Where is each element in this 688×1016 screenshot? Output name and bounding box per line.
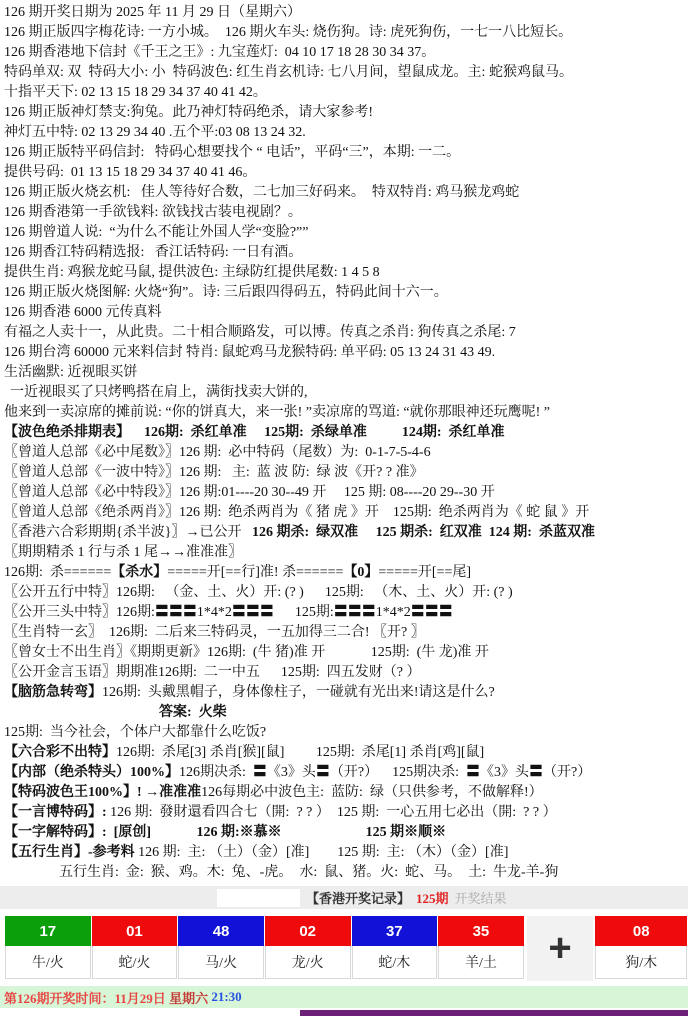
ball-zodiac: 羊/土 (438, 946, 524, 979)
text-line: 〖生肖特一玄〗 126期: 二后来三特码灵，一五加得三二合! 〖开? 〗 (4, 623, 688, 643)
ball-number: 35 (438, 916, 524, 946)
text-segment: 有福之人卖十一，从此贵。二十相合顺路发，可以博。传真之杀肖: 狗传真之杀尾: 7 (4, 325, 516, 340)
result-ball-cell: 17牛/火 (5, 916, 91, 981)
text-line: 126 期正版火烧图解: 火烧“狗”。诗: 三后跟四得码五，特码此间十六一。 (4, 283, 688, 303)
image-placeholder (217, 889, 300, 907)
text-segment: 【波色绝杀排期表】 126期: 杀红单准 125期: 杀绿单准 124期: 杀红… (4, 425, 505, 440)
text-line: 神灯五中特: 02 13 29 34 40 .五个平:03 08 13 24 3… (4, 123, 688, 143)
text-segment: 126 期正版神灯禁支:狗兔。此乃神灯特码绝杀，请大家参考! (4, 105, 373, 120)
text-segment: 〖曾道人总部《必中特段》〗126 期:01----20 30--49 开 125… (4, 485, 495, 500)
text-segment: 十指平天下: 02 13 15 18 29 34 37 40 41 42。 (4, 85, 267, 100)
text-line: 〖期期精杀 1 行与杀 1 尾→→准准准〗 (4, 543, 688, 563)
ball-number: 17 (5, 916, 91, 946)
text-segment: =====开[==行]准! 杀====== (167, 565, 343, 580)
text-segment: 〖公开金言玉语〗期期准126期: 二一中五 125期: 四五发财（? ） (4, 665, 421, 680)
ball-zodiac: 马/火 (178, 946, 264, 979)
text-segment: 126 期正版四字梅花诗: 一方小城。 126 期火车头: 烧伤狗。诗: 虎死狗… (4, 25, 572, 40)
text-line: 〖公开五行中特〗126期: （金、土、火）开: (? ) 125期: （木、土、… (4, 583, 688, 603)
text-segment: =====开[==尾] (378, 565, 471, 580)
text-segment: 〖期期精杀 1 行与杀 1 尾→→准准准〗 (4, 545, 242, 560)
text-line: 【内部（绝杀特头）100%】126期决杀: 〓《3》头〓（开?） 125期决杀:… (4, 763, 688, 783)
footer-segment: 星期六 (169, 988, 211, 1007)
text-line: 126 期台湾 60000 元来料信封 特肖: 鼠蛇鸡马龙猴特码: 单平码: 0… (4, 343, 688, 363)
text-line: 〖曾道人总部《必中特段》〗126 期:01----20 30--49 开 125… (4, 483, 688, 503)
text-segment: 126每期必中波色主: 蓝防: 绿（只供参考，不做解释!） (201, 785, 542, 800)
record-bar-suffix: 开奖结果 (455, 888, 507, 907)
text-line: 【六合彩不出特】126期: 杀尾[3] 杀肖[猴][鼠] 125期: 杀尾[1]… (4, 743, 688, 763)
text-segment: 126 期香港地下信封《千王之王》: 九宝莲灯: 04 10 17 18 28 … (4, 45, 435, 60)
text-line: 126 期正版火烧玄机: 佳人等待好合数，二七加三好码来。 特双特肖: 鸡马猴龙… (4, 183, 688, 203)
text-line: 生活幽默: 近视眼买饼 (4, 363, 688, 383)
result-ball-cell: 02龙/火 (265, 916, 351, 981)
text-line: 【一字解特码】: [原创] 126 期:※慕※ 125 期※顺※ (4, 823, 688, 843)
text-segment: 126 期正版特平码信封: 特码心想要找个 “ 电话”，平码“三”，本期: 一二… (4, 145, 460, 160)
text-line: 126 期正版特平码信封: 特码心想要找个 “ 电话”，平码“三”，本期: 一二… (4, 143, 688, 163)
ball-number: 48 (178, 916, 264, 946)
footer-segment: 第126期开奖时间： (4, 988, 115, 1007)
text-segment: 126期: 杀====== (4, 565, 111, 580)
text-segment: 答案: 火柴 (159, 705, 227, 720)
text-segment: 【脑筋急转弯】 (4, 685, 102, 700)
text-line: 126 期香江特码精选报: 香江话特码: 一日有酒。 (4, 243, 688, 263)
ball-zodiac: 蛇/木 (352, 946, 438, 979)
text-segment: 一近视眼买了只烤鸭搭在肩上，满街找卖大饼的, (10, 385, 308, 400)
text-segment: 126 期香港 6000 元传真料 (4, 305, 162, 320)
text-line: 五行生肖: 金: 猴、鸡。木: 兔、-虎。 水: 鼠、猪。火: 蛇、马。 土: … (4, 863, 688, 883)
text-segment: 【0】 (343, 565, 378, 580)
text-segment: 生活幽默: 近视眼买饼 (4, 365, 137, 380)
text-line: 一近视眼买了只烤鸭搭在肩上，满街找卖大饼的, (4, 383, 688, 403)
text-segment: 126 期正版火烧图解: 火烧“狗”。诗: 三后跟四得码五，特码此间十六一。 (4, 285, 448, 300)
text-line: 【脑筋急转弯】126期: 头戴黑帽子，身体像柱子，一碰就有光出来!请这是什么? (4, 683, 688, 703)
text-line: 〖公开金言玉语〗期期准126期: 二一中五 125期: 四五发财（? ） (4, 663, 688, 683)
draw-result-table: 17牛/火01蛇/火48马/火02龙/火37蛇/木35羊/土+08狗/木 (0, 916, 688, 981)
text-segment: 【五行生肖】-参考料 (4, 845, 138, 860)
text-line: 十指平天下: 02 13 15 18 29 34 37 40 41 42。 (4, 83, 688, 103)
text-segment: 提供号码: 01 13 15 18 29 34 37 40 41 46。 (4, 165, 256, 180)
text-segment: 〖香港六合彩期期{杀半波}〗→已公开 (4, 525, 252, 540)
text-line: 提供号码: 01 13 15 18 29 34 37 40 41 46。 (4, 163, 688, 183)
text-segment: 【内部（绝杀特头）100%】 (4, 765, 179, 780)
text-segment: 126期决杀: 〓《3》头〓（开?） 125期决杀: 〓《3》头〓（开?） (179, 765, 591, 780)
text-segment: 神灯五中特: 02 13 29 34 40 .五个平:03 08 13 24 3… (4, 125, 306, 140)
ball-zodiac: 狗/木 (595, 946, 687, 979)
footer-segment: 11月29日 (115, 988, 170, 1007)
text-line: 【波色绝杀排期表】 126期: 杀红单准 125期: 杀绿单准 124期: 杀红… (4, 423, 688, 443)
text-line: 【特码波色王100%】! →准准准126每期必中波色主: 蓝防: 绿（只供参考，… (4, 783, 688, 803)
text-segment: 126 期香港第一手欲钱料: 欲钱找古装电视剧？。 (4, 205, 302, 220)
result-ball-cell: 08狗/木 (595, 916, 687, 981)
text-segment: 【一字解特码】: [原创] 126 期:※慕※ 125 期※顺※ (4, 825, 446, 840)
text-segment: 126期: 头戴黑帽子，身体像柱子，一碰就有光出来!请这是什么? (102, 685, 495, 700)
text-line: 他来到一卖凉席的摊前说: “你的饼真大，来一张! ”卖凉席的骂道: “就你那眼神… (4, 403, 688, 423)
text-segment: 【特码波色王100%】! →准准准 (4, 785, 201, 800)
text-line: 〖曾道人总部《绝杀两肖》〗126 期: 绝杀两肖为《 猪 虎 》开 125期: … (4, 503, 688, 523)
record-bar-title: 【香港开奖记录】 (306, 888, 410, 907)
text-segment: 〖公开三头中特〗126期:〓〓〓1*4*2〓〓〓 125期:〓〓〓1*4*2〓〓… (4, 605, 453, 620)
text-line: 提供生肖: 鸡猴龙蛇马鼠, 提供波色: 主绿防红提供尾数: 1 4 5 8 (4, 263, 688, 283)
text-segment: 126 期正版火烧玄机: 佳人等待好合数，二七加三好码来。 特双特肖: 鸡马猴龙… (4, 185, 519, 200)
text-segment: 126 期: 發財還看四合七（開: ? ? ） 125 期: 一心五用七必出（開… (110, 805, 556, 820)
ball-number: 08 (595, 916, 687, 946)
text-segment: 【六合彩不出特】 (4, 745, 116, 760)
text-segment: 126期: 杀尾[3] 杀肖[猴][鼠] 125期: 杀尾[1] 杀肖[鸡][鼠… (116, 745, 484, 760)
text-line: 〖香港六合彩期期{杀半波}〗→已公开 126 期杀: 绿双准 125 期杀: 红… (4, 523, 688, 543)
text-line: 126期: 杀======【杀水】=====开[==行]准! 杀======【0… (4, 563, 688, 583)
text-line: 126 期正版四字梅花诗: 一方小城。 126 期火车头: 烧伤狗。诗: 虎死狗… (4, 23, 688, 43)
text-segment: 〖曾道人总部《一波中特》〗126 期: 主: 蓝 波 防: 绿 波《开? ? 准… (4, 465, 424, 480)
text-segment: 〖曾道人总部《必中尾数》〗126 期: 必中特码（尾数）为: 0-1-7-5-4… (4, 445, 431, 460)
bottom-divider (300, 1010, 688, 1016)
text-line: 125期: 当今社会，个体户大都靠什么吃饭? (4, 723, 688, 743)
text-segment: 〖曾道人总部《绝杀两肖》〗126 期: 绝杀两肖为《 猪 虎 》开 125期: … (4, 505, 589, 520)
text-line: 有福之人卖十一，从此贵。二十相合顺路发，可以博。传真之杀肖: 狗传真之杀尾: 7 (4, 323, 688, 343)
text-line: 126 期开奖日期为 2025 年 11 月 29 日（星期六） (4, 3, 688, 23)
text-line: 126 期香港地下信封《千王之王》: 九宝莲灯: 04 10 17 18 28 … (4, 43, 688, 63)
text-segment: 五行生肖: 金: 猴、鸡。木: 兔、-虎。 水: 鼠、猪。火: 蛇、马。 土: … (59, 865, 558, 880)
text-line: 【一言博特码】: 126 期: 發財還看四合七（開: ? ? ） 125 期: … (4, 803, 688, 823)
text-segment: 特码单双: 双 特码大小: 小 特码波色: 红生肖玄机诗: 七八月间，望鼠成龙。… (4, 65, 573, 80)
record-bar-issue: 125期 (416, 888, 449, 907)
ball-zodiac: 龙/火 (265, 946, 351, 979)
text-segment: 提供生肖: 鸡猴龙蛇马鼠, 提供波色: 主绿防红提供尾数: 1 4 5 8 (4, 265, 380, 280)
text-line: 126 期正版神灯禁支:狗兔。此乃神灯特码绝杀，请大家参考! (4, 103, 688, 123)
result-ball-cell: 48马/火 (178, 916, 264, 981)
text-segment: 126 期杀: 绿双准 125 期杀: 红双准 124 期: 杀蓝双准 (252, 525, 595, 540)
text-segment: 126 期: 主: （土）（金）[准] 125 期: 主: （木）（金）[准] (138, 845, 508, 860)
ball-number: 01 (92, 916, 178, 946)
ball-zodiac: 蛇/火 (92, 946, 178, 979)
next-draw-info: 第126期开奖时间：11月29日 星期六 21:30 (0, 986, 688, 1008)
text-segment: 他来到一卖凉席的摊前说: “你的饼真大，来一张! ”卖凉席的骂道: “就你那眼神… (4, 405, 550, 420)
text-segment: 126 期台湾 60000 元来料信封 特肖: 鼠蛇鸡马龙猴特码: 单平码: 0… (4, 345, 495, 360)
ball-zodiac: 牛/火 (5, 946, 91, 979)
footer-segment: 21:30 (211, 989, 241, 1005)
text-line: 〖曾道人总部《必中尾数》〗126 期: 必中特码（尾数）为: 0-1-7-5-4… (4, 443, 688, 463)
text-line: 答案: 火柴 (4, 703, 688, 723)
text-line: 〖公开三头中特〗126期:〓〓〓1*4*2〓〓〓 125期:〓〓〓1*4*2〓〓… (4, 603, 688, 623)
lottery-tips-text-block: 126 期开奖日期为 2025 年 11 月 29 日（星期六）126 期正版四… (0, 0, 688, 883)
text-line: 126 期曾道人说: “为什么不能让外国人学“变脸?”” (4, 223, 688, 243)
text-segment: 125期: 当今社会，个体户大都靠什么吃饭? (4, 725, 266, 740)
text-line: 126 期香港 6000 元传真料 (4, 303, 688, 323)
ball-number: 37 (352, 916, 438, 946)
text-line: 〖曾道人总部《一波中特》〗126 期: 主: 蓝 波 防: 绿 波《开? ? 准… (4, 463, 688, 483)
text-segment: 【一言博特码】: (4, 805, 110, 820)
text-segment: 〖曾女士不出生肖〗《期期更新》126期: (牛 猪)准 开 125期: (牛 龙… (4, 645, 489, 660)
text-line: 126 期香港第一手欲钱料: 欲钱找古装电视剧？。 (4, 203, 688, 223)
text-segment: 126 期开奖日期为 2025 年 11 月 29 日（星期六） (4, 5, 301, 20)
result-ball-cell: 37蛇/木 (352, 916, 438, 981)
text-segment: 126 期香江特码精选报: 香江话特码: 一日有酒。 (4, 245, 302, 260)
text-segment: 【杀水】 (111, 565, 167, 580)
result-ball-cell: 01蛇/火 (92, 916, 178, 981)
result-ball-cell: 35羊/土 (438, 916, 524, 981)
text-segment: 〖生肖特一玄〗 126期: 二后来三特码灵，一五加得三二合! 〖开? 〗 (4, 625, 425, 640)
text-line: 【五行生肖】-参考料 126 期: 主: （土）（金）[准] 125 期: 主:… (4, 843, 688, 863)
plus-icon: + (527, 916, 594, 981)
text-line: 特码单双: 双 特码大小: 小 特码波色: 红生肖玄机诗: 七八月间，望鼠成龙。… (4, 63, 688, 83)
text-segment: 126 期曾道人说: “为什么不能让外国人学“变脸?”” (4, 225, 308, 240)
ball-number: 02 (265, 916, 351, 946)
text-segment: 〖公开五行中特〗126期: （金、土、火）开: (? ) 125期: （木、土、… (4, 585, 513, 600)
text-line: 〖曾女士不出生肖〗《期期更新》126期: (牛 猪)准 开 125期: (牛 龙… (4, 643, 688, 663)
draw-record-header: 【香港开奖记录】 125期 开奖结果 (0, 886, 688, 909)
